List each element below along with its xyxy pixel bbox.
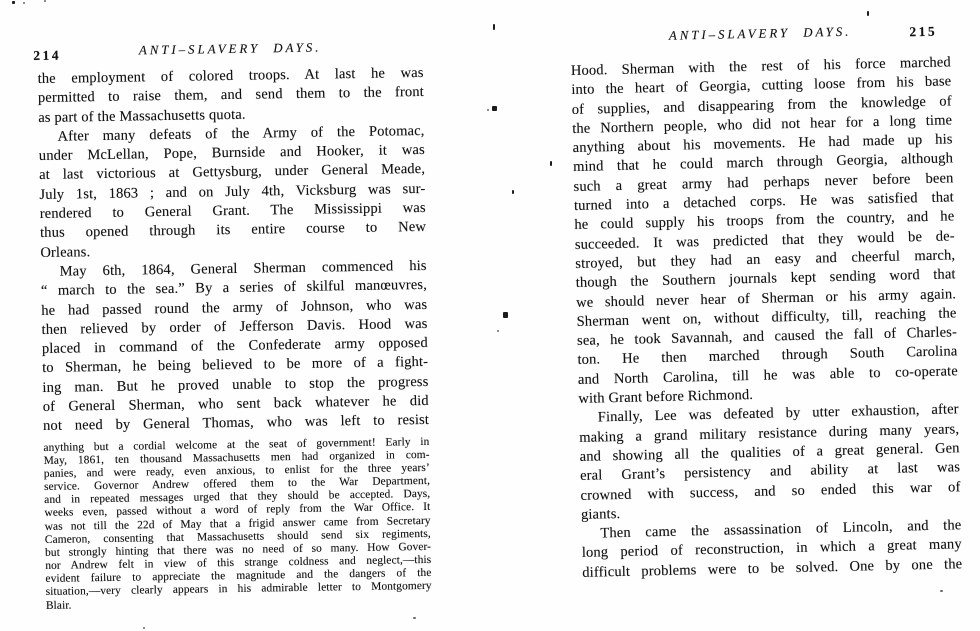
scan-speck xyxy=(940,590,943,592)
scan-speck xyxy=(492,106,497,111)
scan-speck xyxy=(867,11,869,16)
scan-speck xyxy=(550,161,552,166)
scan-speck xyxy=(497,330,499,332)
scan-speck xyxy=(487,109,489,111)
left-running-head: ANTI–SLAVERY DAYS. xyxy=(37,32,423,60)
scan-speck xyxy=(503,312,508,318)
right-running-head: ANTI–SLAVERY DAYS. xyxy=(570,21,950,46)
right-page-body: Hood. Sherman with the rest of his force… xyxy=(571,53,963,583)
scan-speck xyxy=(512,190,514,194)
left-page-footnote: anything but a cordial welcome at the se… xyxy=(43,436,432,613)
right-page-number: 215 xyxy=(909,24,937,41)
book-scan: 214 ANTI–SLAVERY DAYS. the employment of… xyxy=(0,0,980,631)
left-page: 214 ANTI–SLAVERY DAYS. the employment of… xyxy=(37,32,432,613)
scan-speck xyxy=(413,617,416,619)
left-page-number: 214 xyxy=(33,48,61,64)
scan-speck xyxy=(143,627,145,629)
scan-speck xyxy=(44,0,46,2)
scan-speck xyxy=(12,1,15,4)
scan-speck xyxy=(493,24,495,30)
left-page-header: 214 ANTI–SLAVERY DAYS. xyxy=(37,32,423,70)
scan-speck xyxy=(23,2,25,4)
left-page-body: the employment of colored troops. At las… xyxy=(38,64,430,437)
right-page: 215 ANTI–SLAVERY DAYS. Hood. Sherman wit… xyxy=(570,21,962,582)
